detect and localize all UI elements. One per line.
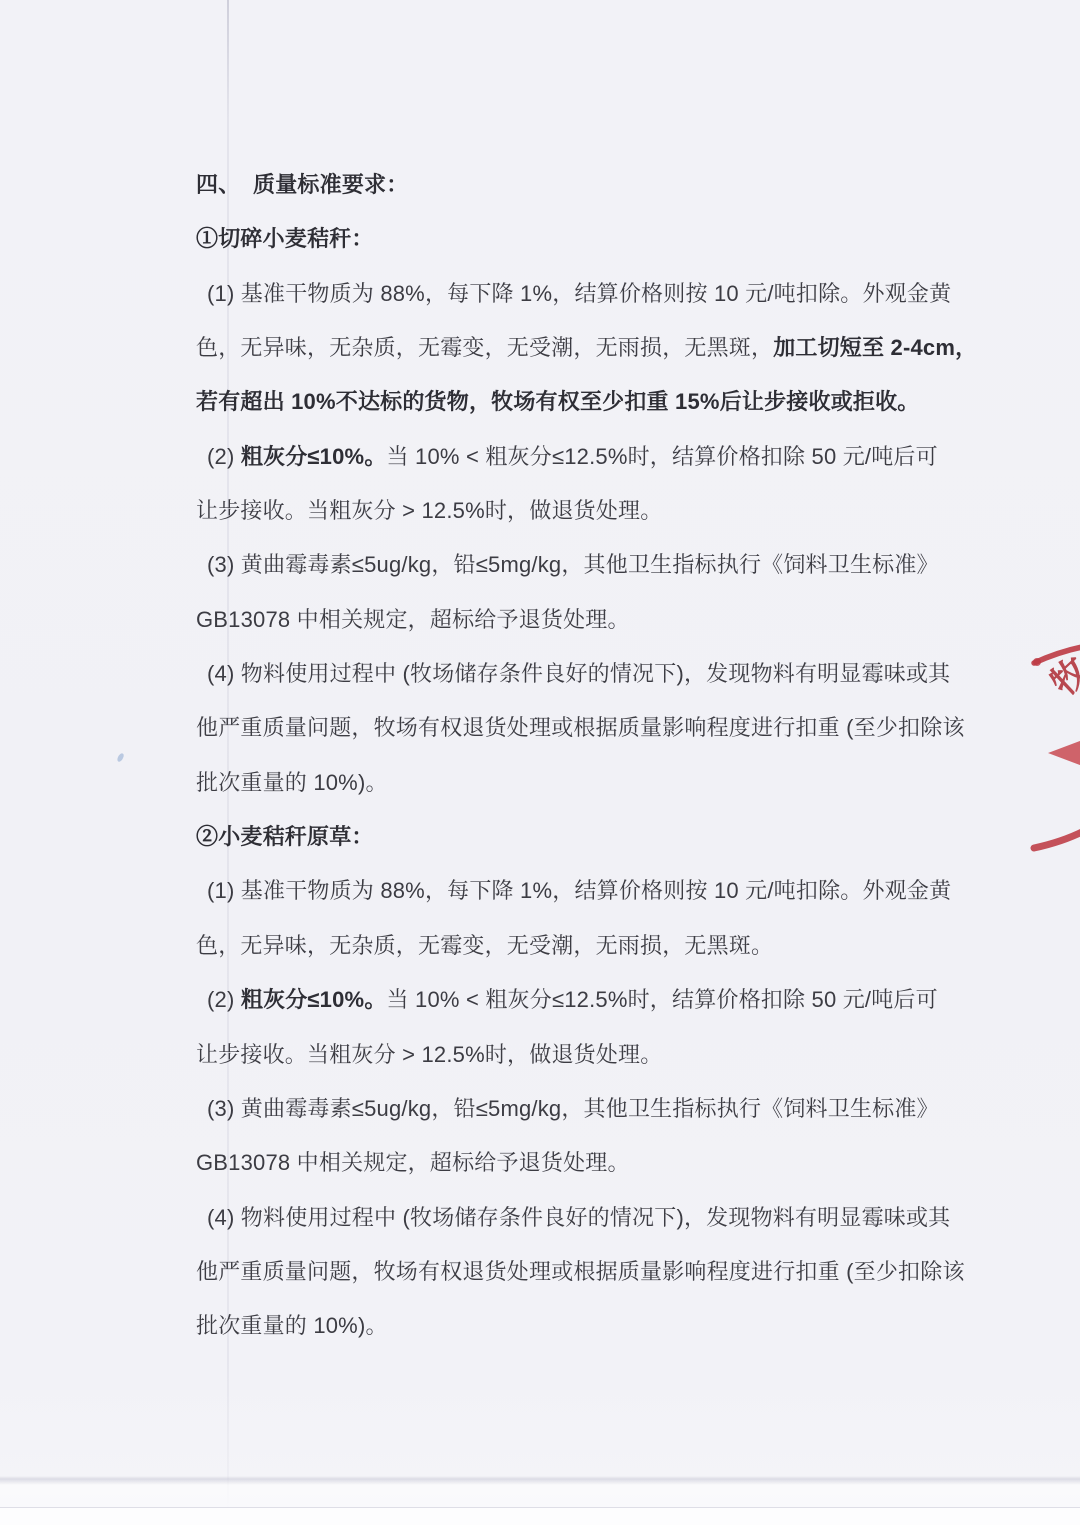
text-segment: ②小麦秸秆原草： bbox=[196, 824, 374, 849]
text-line: (2) 粗灰分≤10%。当 10% < 粗灰分≤12.5%时，结算价格扣除 50… bbox=[196, 430, 936, 484]
text-line: (4) 物料使用过程中 (牧场储存条件良好的情况下)，发现物料有明显霉味或其 bbox=[196, 1191, 936, 1245]
text-line: (1) 基准干物质为 88%，每下降 1%，结算价格则按 10 元/吨扣除。外观… bbox=[196, 267, 936, 321]
text-line: 让步接收。当粗灰分 > 12.5%时，做退货处理。 bbox=[196, 1028, 936, 1082]
text-segment: 批次重量的 10%)。 bbox=[196, 1313, 388, 1338]
text-segment: (1) 基准干物质为 88%，每下降 1%，结算价格则按 10 元/吨扣除。外观… bbox=[207, 878, 951, 903]
paper-fold-horizontal bbox=[0, 1476, 1080, 1508]
text-segment: 让步接收。当粗灰分 > 12.5%时，做退货处理。 bbox=[196, 1042, 662, 1067]
text-line: 他严重质量问题，牧场有权退货处理或根据质量影响程度进行扣重 (至少扣除该 bbox=[196, 1245, 936, 1299]
text-line: (2) 粗灰分≤10%。当 10% < 粗灰分≤12.5%时，结算价格扣除 50… bbox=[196, 973, 936, 1027]
text-segment: 批次重量的 10%)。 bbox=[196, 770, 388, 795]
text-line: GB13078 中相关规定，超标给予退货处理。 bbox=[196, 593, 936, 647]
text-segment: 粗灰分≤10%。 bbox=[241, 444, 387, 469]
text-segment: 让步接收。当粗灰分 > 12.5%时，做退货处理。 bbox=[196, 498, 662, 523]
text-segment: 当 10% < 粗灰分≤12.5%时，结算价格扣除 50 元/吨后可 bbox=[387, 987, 938, 1012]
text-line: (3) 黄曲霉毒素≤5ug/kg，铅≤5mg/kg，其他卫生指标执行《饲料卫生标… bbox=[196, 1082, 936, 1136]
text-segment: (3) 黄曲霉毒素≤5ug/kg，铅≤5mg/kg，其他卫生指标执行《饲料卫生标… bbox=[207, 552, 939, 577]
text-line: 批次重量的 10%)。 bbox=[196, 1299, 936, 1353]
text-segment: (4) 物料使用过程中 (牧场储存条件良好的情况下)，发现物料有明显霉味或其 bbox=[207, 661, 950, 686]
document-page: 四、 质量标准要求：①切碎小麦秸秆：(1) 基准干物质为 88%，每下降 1%，… bbox=[0, 0, 1080, 1508]
text-segment: 粗灰分≤10%。 bbox=[241, 987, 387, 1012]
text-segment: (4) 物料使用过程中 (牧场储存条件良好的情况下)，发现物料有明显霉味或其 bbox=[207, 1205, 950, 1230]
text-line: 色，无异味，无杂质，无霉变，无受潮，无雨损，无黑斑，加工切短至 2-4cm， bbox=[196, 321, 936, 375]
text-line: 四、 质量标准要求： bbox=[196, 158, 936, 212]
text-line: 色，无异味，无杂质，无霉变，无受潮，无雨损，无黑斑。 bbox=[196, 919, 936, 973]
text-segment: 当 10% < 粗灰分≤12.5%时，结算价格扣除 50 元/吨后可 bbox=[387, 444, 938, 469]
text-segment: (2) bbox=[207, 444, 241, 469]
page-bottom-edge bbox=[0, 1507, 1080, 1508]
text-segment: (2) bbox=[207, 987, 241, 1012]
seal-arc-bottom bbox=[1034, 831, 1080, 848]
text-segment: 色，无异味，无杂质，无霉变，无受潮，无雨损，无黑斑， bbox=[196, 335, 773, 360]
text-segment: GB13078 中相关规定，超标给予退货处理。 bbox=[196, 1150, 630, 1175]
ink-speck bbox=[116, 752, 124, 762]
seal-star-icon bbox=[1048, 704, 1080, 803]
text-line: 批次重量的 10%)。 bbox=[196, 756, 936, 810]
text-line: (4) 物料使用过程中 (牧场储存条件良好的情况下)，发现物料有明显霉味或其 bbox=[196, 647, 936, 701]
text-segment: 他严重质量问题，牧场有权退货处理或根据质量影响程度进行扣重 (至少扣除该 bbox=[196, 715, 965, 740]
text-line: 让步接收。当粗灰分 > 12.5%时，做退货处理。 bbox=[196, 484, 936, 538]
seal-arc-top-blob bbox=[1033, 658, 1041, 666]
text-segment: 若有超出 10%不达标的货物，牧场有权至少扣重 15%后让步接收或拒收。 bbox=[196, 389, 920, 414]
text-segment: 加工切短至 2-4cm， bbox=[773, 335, 977, 360]
text-segment: (1) 基准干物质为 88%，每下降 1%，结算价格则按 10 元/吨扣除。外观… bbox=[207, 281, 951, 306]
text-segment: 色，无异味，无杂质，无霉变，无受潮，无雨损，无黑斑。 bbox=[196, 933, 773, 958]
text-line: (1) 基准干物质为 88%，每下降 1%，结算价格则按 10 元/吨扣除。外观… bbox=[196, 864, 936, 918]
document-text: 四、 质量标准要求：①切碎小麦秸秆：(1) 基准干物质为 88%，每下降 1%，… bbox=[196, 158, 936, 1354]
text-line: GB13078 中相关规定，超标给予退货处理。 bbox=[196, 1136, 936, 1190]
text-segment: (3) 黄曲霉毒素≤5ug/kg，铅≤5mg/kg，其他卫生指标执行《饲料卫生标… bbox=[207, 1096, 939, 1121]
text-segment: 四、 质量标准要求： bbox=[196, 172, 408, 197]
text-line: ②小麦秸秆原草： bbox=[196, 810, 936, 864]
text-line: (3) 黄曲霉毒素≤5ug/kg，铅≤5mg/kg，其他卫生指标执行《饲料卫生标… bbox=[196, 538, 936, 592]
text-line: ①切碎小麦秸秆： bbox=[196, 212, 936, 266]
text-segment: ①切碎小麦秸秆： bbox=[196, 226, 374, 251]
text-line: 他严重质量问题，牧场有权退货处理或根据质量影响程度进行扣重 (至少扣除该 bbox=[196, 701, 936, 755]
text-line: 若有超出 10%不达标的货物，牧场有权至少扣重 15%后让步接收或拒收。 bbox=[196, 375, 936, 429]
scanned-document-screenshot: { "document": { "lines": [ {"indent": fa… bbox=[0, 0, 1080, 1525]
red-seal-stamp: 牧 bbox=[960, 600, 1080, 900]
text-segment: 他严重质量问题，牧场有权退货处理或根据质量影响程度进行扣重 (至少扣除该 bbox=[196, 1259, 965, 1284]
text-segment: GB13078 中相关规定，超标给予退货处理。 bbox=[196, 607, 630, 632]
